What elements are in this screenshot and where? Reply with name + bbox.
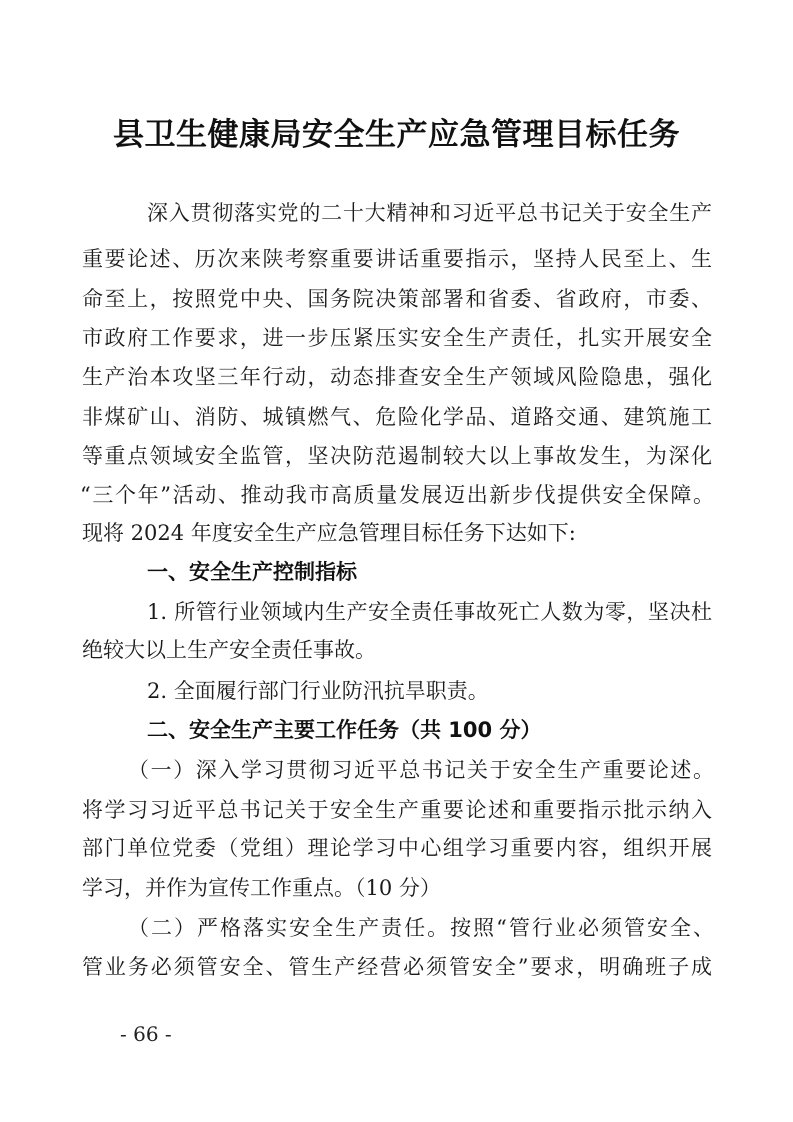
intro-line-2: 重要论述、历次来陕考察重要讲话重要指示，坚持人民至上、生 xyxy=(82,244,712,274)
intro-line-5: 生产治本攻坚三年行动，动态排查安全生产领域风险隐患，强化 xyxy=(82,362,712,392)
section-1-item-1-line-2: 绝较大以上生产安全责任事故。 xyxy=(82,635,712,665)
intro-line-4: 市政府工作要求，进一步压紧压实安全生产责任，扎实开展安全 xyxy=(82,323,712,353)
intro-line-3: 命至上，按照党中央、国务院决策部署和省委、省政府，市委、 xyxy=(82,284,712,314)
section-2-heading: 二、安全生产主要工作任务（共 100 分） xyxy=(147,715,541,745)
intro-line-8: “三个年”活动、推动我市高质量发展迈出新步伐提供安全保障。 xyxy=(80,480,714,510)
intro-line-9: 现将 2024 年度安全生产应急管理目标任务下达如下: xyxy=(82,518,712,548)
intro-line-7: 等重点领域安全监管，坚决防范遏制较大以上事故发生，为深化 xyxy=(82,441,712,471)
document-title: 县卫生健康局安全生产应急管理目标任务 xyxy=(0,113,793,157)
section-2-sub-1-line-4: 学习，并作为宣传工作重点。（10 分） xyxy=(82,873,712,903)
section-2-sub-1-line-3: 部门单位党委（党组）理论学习中心组学习重要内容，组织开展 xyxy=(82,833,712,863)
page-number: - 66 - xyxy=(120,1020,172,1048)
section-2-sub-1-line-1: （一）深入学习贯彻习近平总书记关于安全生产重要论述。 xyxy=(128,755,714,785)
intro-line-6: 非煤矿山、消防、城镇燃气、危险化学品、道路交通、建筑施工 xyxy=(82,402,712,432)
section-1-item-2: 2. 全面履行部门行业防汛抗旱职责。 xyxy=(147,676,712,706)
section-2-sub-2-line-2: 管业务必须管安全、管生产经营必须管安全”要求，明确班子成 xyxy=(82,952,712,982)
section-1-heading: 一、安全生产控制指标 xyxy=(147,557,357,587)
section-2-sub-1-line-2: 将学习习近平总书记关于安全生产重要论述和重要指示批示纳入 xyxy=(82,795,712,825)
section-1-item-1-line-1: 1. 所管行业领域内生产安全责任事故死亡人数为零，坚决杜 xyxy=(147,597,712,627)
section-2-sub-2-line-1: （二）严格落实安全生产责任。按照“管行业必须管安全、 xyxy=(128,913,714,943)
intro-line-1: 深入贯彻落实党的二十大精神和习近平总书记关于安全生产 xyxy=(147,198,712,228)
document-page: 县卫生健康局安全生产应急管理目标任务 深入贯彻落实党的二十大精神和习近平总书记关… xyxy=(0,0,793,1122)
